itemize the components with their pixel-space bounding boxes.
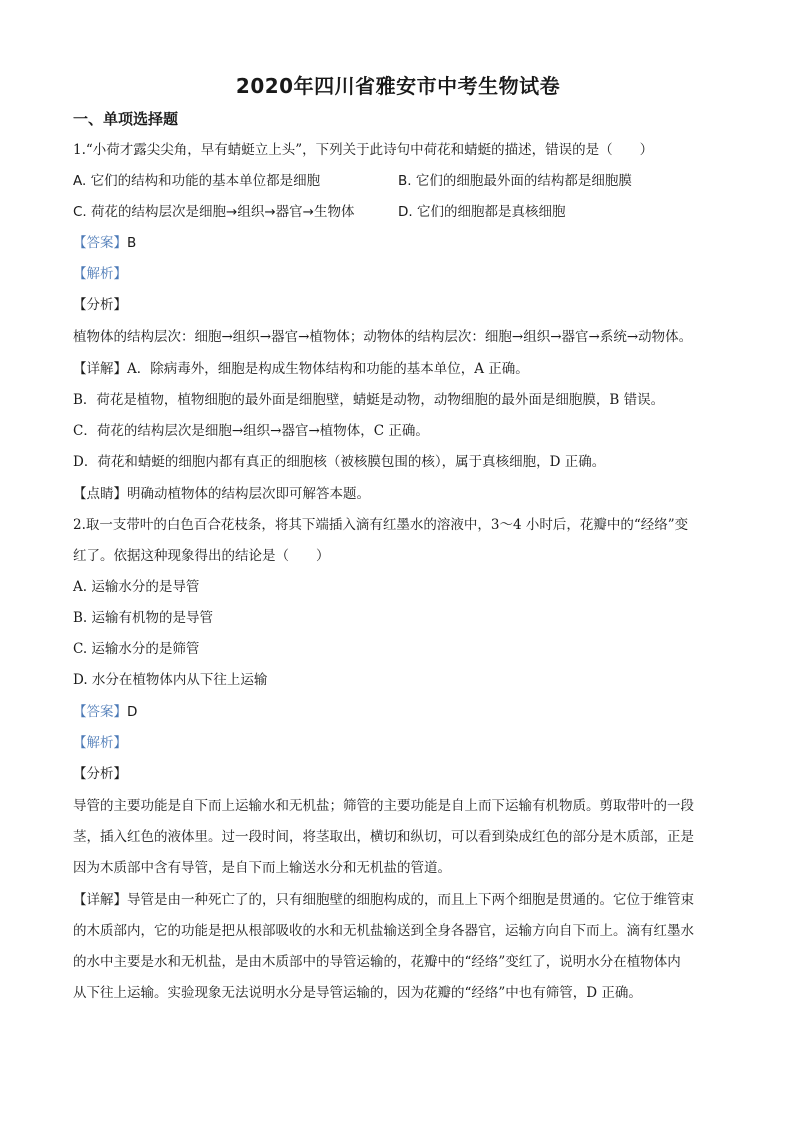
q1-option-c: C. 荷花的结构层次是细胞→组织→器官→生物体 — [73, 203, 354, 221]
q2-fenxi-line2: 茎，插入红色的液体里。过一段时间，将茎取出，横切和纵切，可以看到染成红色的部分是… — [73, 828, 694, 846]
q2-fenxi-line3: 因为木质部中含有导管，是自下而上输送水分和无机盐的管道。 — [73, 859, 451, 877]
document-title: 2020年四川省雅安市中考生物试卷 — [73, 70, 723, 99]
q2-option-b: B. 运输有机物的是导管 — [73, 609, 213, 627]
q1-option-d: D. 它们的细胞都是真核细胞 — [398, 203, 565, 221]
q2-analysis-label: 【解析】 — [73, 734, 127, 752]
detail-label: 【详解】 — [73, 361, 127, 377]
q1-answer: 【答案】B — [73, 234, 136, 252]
detail-text: 导管是由一种死亡了的，只有细胞壁的细胞构成的，而且上下两个细胞是贯通的。它位于维… — [127, 892, 694, 908]
q2-stem-line2: 红了。依据这种现象得出的结论是（ ） — [73, 547, 330, 565]
q2-option-a: A. 运输水分的是导管 — [73, 578, 199, 596]
q1-fenxi-text: 植物体的结构层次：细胞→组织→器官→植物体；动物体的结构层次：细胞→组织→器官→… — [73, 328, 692, 346]
q1-dianjing: 【点睛】明确动植物体的结构层次即可解答本题。 — [73, 485, 370, 503]
q2-detail-line4: 从下往上运输。实验现象无法说明水分是导管运输的，因为花瓣的“经络”中也有筛管，D… — [73, 984, 642, 1002]
q2-option-c: C. 运输水分的是筛管 — [73, 640, 199, 658]
section-heading: 一、单项选择题 — [73, 108, 178, 129]
q1-option-a: A. 它们的结构和功能的基本单位都是细胞 — [73, 172, 320, 190]
dianjing-label: 【点睛】 — [73, 486, 127, 502]
q1-detail-b: B．荷花是植物，植物细胞的最外面是细胞壁，蜻蜓是动物，动物细胞的最外面是细胞膜，… — [73, 391, 664, 409]
answer-value: B — [127, 235, 136, 251]
answer-label: 【答案】 — [73, 704, 127, 720]
q1-analysis-label: 【解析】 — [73, 265, 127, 283]
q2-fenxi-label: 【分析】 — [73, 765, 127, 783]
q1-detail-c: C．荷花的结构层次是细胞→组织→器官→植物体，C 正确。 — [73, 422, 429, 440]
detail-label: 【详解】 — [73, 892, 127, 908]
q2-detail-line1: 【详解】导管是由一种死亡了的，只有细胞壁的细胞构成的，而且上下两个细胞是贯通的。… — [73, 891, 694, 909]
stem-text: 2.取一支带叶的白色百合花枝条，将其下端插入滴有红墨水的溶液中，3～4 小时后，… — [73, 517, 688, 533]
q1-fenxi-label: 【分析】 — [73, 296, 127, 314]
q2-answer: 【答案】D — [73, 703, 137, 721]
q1-detail-d: D．荷花和蜻蜓的细胞内都有真正的细胞核（被核膜包围的核），属于真核细胞，D 正确… — [73, 453, 605, 471]
answer-value: D — [127, 704, 137, 720]
detail-text: A．除病毒外，细胞是构成生物体结构和功能的基本单位，A 正确。 — [127, 361, 529, 377]
q1-stem: 1.“小荷才露尖尖角，早有蜻蜓立上头”，下列关于此诗句中荷花和蜻蜓的描述，错误的… — [73, 141, 653, 159]
q2-detail-line2: 的木质部内，它的功能是把从根部吸收的水和无机盐输送到全身各器官，运输方向自下而上… — [73, 922, 694, 940]
q1-option-b: B. 它们的细胞最外面的结构都是细胞膜 — [398, 172, 632, 190]
q2-stem-line1: 2.取一支带叶的白色百合花枝条，将其下端插入滴有红墨水的溶液中，3～4 小时后，… — [73, 516, 688, 534]
answer-label: 【答案】 — [73, 235, 127, 251]
q2-option-d: D. 水分在植物体内从下往上运输 — [73, 671, 267, 689]
dianjing-text: 明确动植物体的结构层次即可解答本题。 — [127, 486, 370, 502]
q2-fenxi-line1: 导管的主要功能是自下而上运输水和无机盐；筛管的主要功能是自上而下运输有机物质。剪… — [73, 797, 694, 815]
q1-detail-a: 【详解】A．除病毒外，细胞是构成生物体结构和功能的基本单位，A 正确。 — [73, 360, 529, 378]
q2-detail-line3: 的水中主要是水和无机盐，是由木质部中的导管运输的，花瓣中的“经络”变红了，说明水… — [73, 953, 681, 971]
